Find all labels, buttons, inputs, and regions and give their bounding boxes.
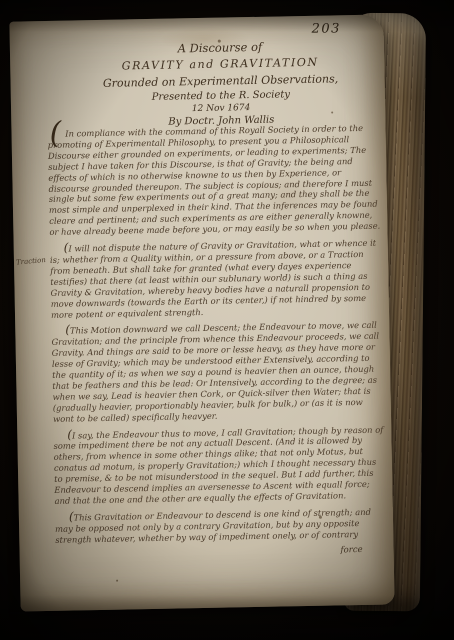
title-block: A Discourse of GRAVITY and GRAVITATION G… bbox=[44, 37, 398, 130]
margin-note: Traction bbox=[16, 256, 46, 267]
catchword: force bbox=[56, 544, 389, 561]
body-paragraph: (In compliance with the command of this … bbox=[47, 122, 382, 238]
manuscript-page: 203 A Discourse of GRAVITY and GRAVITATI… bbox=[9, 14, 394, 611]
paragraph-text: This Gravitation or Endeavour to descend… bbox=[55, 507, 371, 545]
page-number: 203 bbox=[312, 22, 341, 37]
body-paragraph: (I will not dispute the nature of Gravit… bbox=[50, 237, 384, 321]
body-paragraph: (This Gravitation or Endeavour to descen… bbox=[55, 505, 389, 545]
paragraph-text: I will not dispute the nature of Gravity… bbox=[50, 238, 376, 320]
body-paragraph: (This Motion downward we call Descent; t… bbox=[51, 319, 386, 425]
paragraph-text: This Motion downward we call Descent; th… bbox=[51, 320, 379, 423]
manuscript-photo: 203 A Discourse of GRAVITY and GRAVITATI… bbox=[0, 0, 454, 640]
body-paragraph: (I say, the Endeavour thus to move, I ca… bbox=[53, 423, 387, 507]
title-line-2: GRAVITY and GRAVITATION bbox=[44, 54, 396, 74]
paragraph-text: I say, the Endeavour thus to move, I cal… bbox=[53, 424, 383, 506]
manuscript-body: (In compliance with the command of this … bbox=[47, 122, 388, 562]
paragraph-flourish: ( bbox=[49, 116, 61, 151]
ink-speck bbox=[116, 580, 118, 582]
paragraph-text: In compliance with the command of this R… bbox=[48, 123, 381, 237]
